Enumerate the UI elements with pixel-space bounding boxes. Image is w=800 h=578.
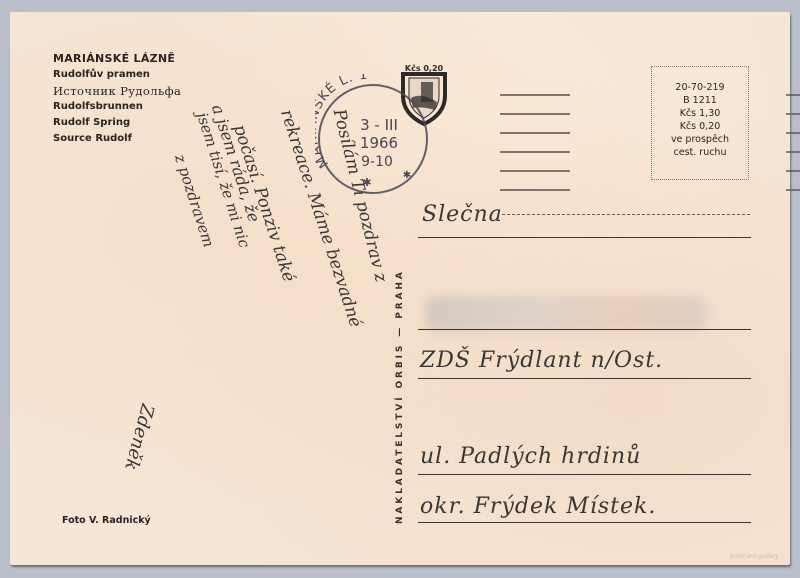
svg-text:✱: ✱ — [362, 176, 371, 189]
svg-text:3 - III: 3 - III — [360, 116, 398, 134]
message-signature: Zdeněk — [120, 402, 158, 473]
address-school: ZDŠ Frýdlant n/Ost. — [420, 348, 663, 373]
caption-line-czech: Rudolfův pramen — [53, 67, 181, 83]
info-code: 20-70-219 — [652, 81, 748, 94]
postcard: MARIÁNSKÉ LÁZNĚ Rudolfův pramen Источник… — [10, 12, 790, 565]
caption-line-english: Rudolf Spring — [53, 115, 181, 131]
publisher-imprint: NAKLADATELSTVÍ ORBIS — PRAHA — [395, 269, 405, 524]
info-note-2: cest. ruchu — [652, 146, 748, 159]
address-district: okr. Frýdek Místek. — [420, 494, 656, 519]
address-street: ul. Padlých hrdinů — [420, 444, 641, 469]
address-salutation: Slečna — [422, 202, 503, 227]
address-line-4 — [418, 474, 751, 475]
postmark: MARIÁNSKÉ L. 1 3 - III 1966 9-10 ✱ ✱ — [315, 74, 445, 204]
address-line-5 — [418, 522, 751, 523]
svg-text:9-10: 9-10 — [361, 154, 393, 170]
info-note-1: ve prospěch — [652, 133, 748, 146]
address-line-1 — [418, 237, 751, 238]
redacted-recipient-name — [425, 296, 707, 332]
address-dashed-line — [502, 214, 750, 215]
cancellation-edge-ticks — [786, 94, 800, 208]
info-surcharge: Kčs 0,20 — [652, 120, 748, 133]
cancellation-bars — [500, 94, 570, 208]
stamp-info-box: 20-70-219 B 1211 Kčs 1,30 Kčs 0,20 ve pr… — [651, 66, 749, 180]
svg-text:✱: ✱ — [403, 170, 411, 181]
info-price: Kčs 1,30 — [652, 107, 748, 120]
watermark: postcard.gallery — [730, 553, 779, 560]
info-series: B 1211 — [652, 94, 748, 107]
caption-line-russian: Источник Рудольфа — [53, 83, 181, 99]
caption-line-french: Source Rudolf — [53, 131, 181, 147]
photo-credit: Foto V. Radnický — [62, 515, 151, 526]
svg-text:Kčs 0,20: Kčs 0,20 — [405, 63, 444, 73]
address-line-2 — [418, 329, 751, 330]
address-line-3 — [418, 378, 751, 379]
svg-text:1966: 1966 — [360, 134, 398, 152]
caption-title: MARIÁNSKÉ LÁZNĚ — [53, 51, 181, 67]
caption-line-german: Rudolfsbrunnen — [53, 99, 181, 115]
picture-caption: MARIÁNSKÉ LÁZNĚ Rudolfův pramen Источник… — [53, 51, 181, 147]
